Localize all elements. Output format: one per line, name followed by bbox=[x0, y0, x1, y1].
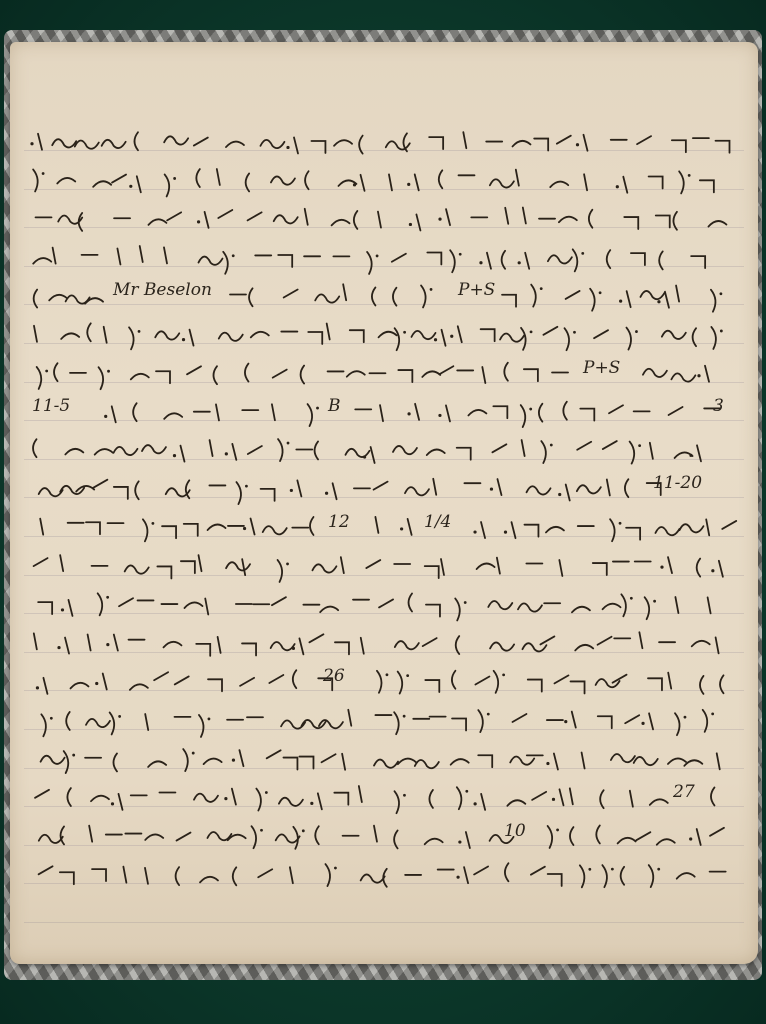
shorthand-strokes bbox=[28, 776, 736, 814]
shorthand-line bbox=[28, 159, 736, 197]
longhand-fragment: 3 bbox=[713, 396, 724, 416]
shorthand-strokes bbox=[28, 120, 736, 158]
shorthand-strokes bbox=[28, 159, 736, 197]
longhand-fragment: 11-20 bbox=[653, 473, 702, 493]
shorthand-line: 27 bbox=[28, 776, 736, 814]
shorthand-strokes bbox=[28, 236, 736, 274]
shorthand-line bbox=[28, 738, 736, 776]
shorthand-line bbox=[28, 699, 736, 737]
shorthand-line: 11-20 bbox=[28, 467, 736, 505]
notebook-page: Mr BeselonP+SP+S11-5B311-20121/4262710 bbox=[10, 42, 758, 964]
shorthand-strokes bbox=[28, 853, 736, 891]
longhand-fragment: P+S bbox=[583, 358, 620, 378]
longhand-fragment: 12 bbox=[328, 512, 350, 532]
shorthand-line bbox=[28, 313, 736, 351]
shorthand-strokes bbox=[28, 660, 736, 698]
shorthand-strokes bbox=[28, 815, 736, 853]
ruled-line bbox=[24, 922, 744, 923]
shorthand-line bbox=[28, 853, 736, 891]
shorthand-line bbox=[28, 622, 736, 660]
shorthand-line bbox=[28, 120, 736, 158]
shorthand-strokes bbox=[28, 429, 736, 467]
shorthand-line: 10 bbox=[28, 815, 736, 853]
shorthand-strokes bbox=[28, 506, 736, 544]
shorthand-strokes bbox=[28, 699, 736, 737]
longhand-fragment: Mr Beselon bbox=[113, 280, 212, 300]
shorthand-strokes bbox=[28, 622, 736, 660]
shorthand-strokes bbox=[28, 197, 736, 235]
shorthand-line bbox=[28, 236, 736, 274]
shorthand-line bbox=[28, 583, 736, 621]
shorthand-line: 26 bbox=[28, 660, 736, 698]
longhand-fragment: P+S bbox=[458, 280, 495, 300]
longhand-fragment: 26 bbox=[323, 666, 345, 686]
longhand-fragment: 27 bbox=[673, 782, 695, 802]
longhand-fragment: 1/4 bbox=[424, 512, 451, 532]
shorthand-strokes bbox=[28, 390, 736, 428]
shorthand-line bbox=[28, 429, 736, 467]
longhand-fragment: 10 bbox=[504, 821, 526, 841]
shorthand-line: 11-5B3 bbox=[28, 390, 736, 428]
longhand-fragment: B bbox=[328, 396, 341, 416]
shorthand-strokes bbox=[28, 545, 736, 583]
shorthand-line: P+S bbox=[28, 352, 736, 390]
longhand-fragment: 11-5 bbox=[32, 396, 70, 416]
shorthand-strokes bbox=[28, 313, 736, 351]
shorthand-line: Mr BeselonP+S bbox=[28, 274, 736, 312]
shorthand-line bbox=[28, 197, 736, 235]
shorthand-strokes bbox=[28, 352, 736, 390]
shorthand-strokes bbox=[28, 467, 736, 505]
shorthand-line: 121/4 bbox=[28, 506, 736, 544]
shorthand-strokes bbox=[28, 738, 736, 776]
shorthand-strokes bbox=[28, 583, 736, 621]
shorthand-line bbox=[28, 545, 736, 583]
